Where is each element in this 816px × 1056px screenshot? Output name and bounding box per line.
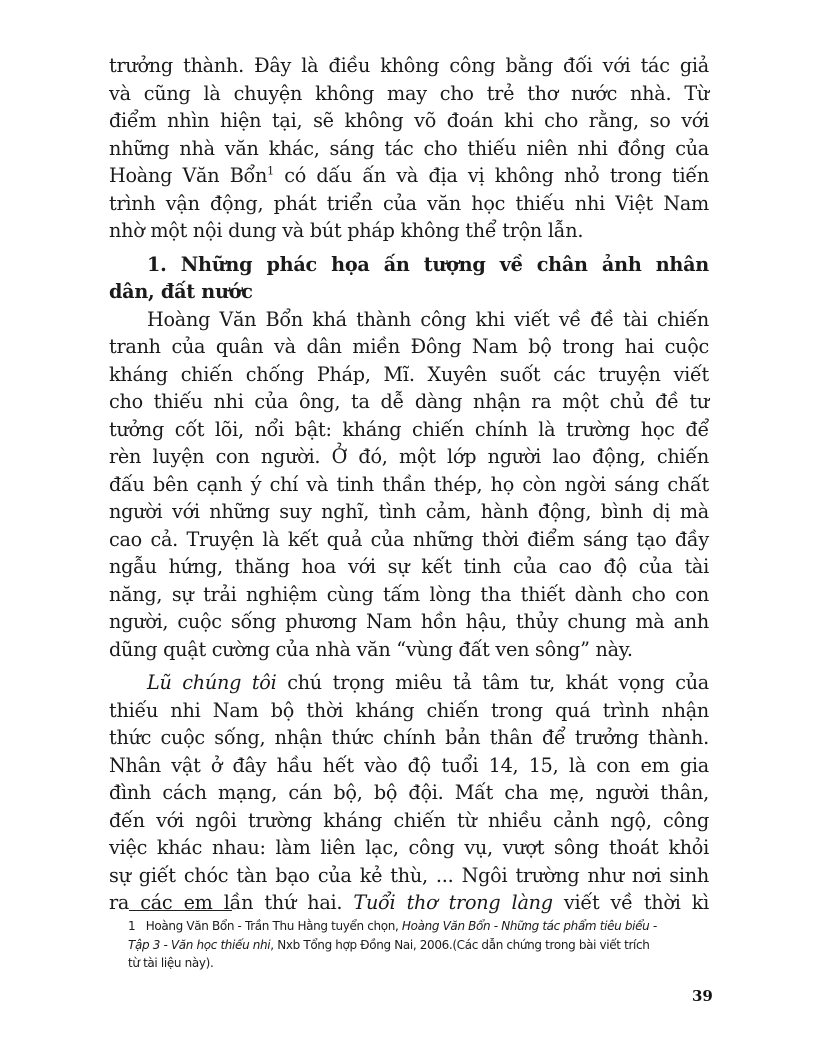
text-line: đến với ngôi trường kháng chiến từ nhiều… <box>109 807 709 835</box>
footnote-reference[interactable]: 1 <box>267 165 274 178</box>
text-fragment: viết về thời kì <box>553 891 709 914</box>
footnote-number: 1 <box>128 919 135 933</box>
text-line: trưởng thành. Đây là điều không công bằn… <box>109 52 709 80</box>
footnote-text: Hoàng Văn Bổn - Trần Thu Hằng tuyển chọn… <box>146 919 402 933</box>
text-line: ra các em lần thứ hai. Tuổi thơ trong là… <box>109 889 709 917</box>
footnote-text: , Nxb Tổng hợp Đồng Nai, 2006.(Các dẫn c… <box>270 938 649 952</box>
text-line: nhờ một nội dung và bút pháp không thể t… <box>109 217 709 245</box>
paragraph: Lũ chúng tôi chú trọng miêu tả tâm tư, k… <box>109 669 709 917</box>
text-line: việc khác nhau: làm liên lạc, công vụ, v… <box>109 834 709 862</box>
document-page: trưởng thành. Đây là điều không công bằn… <box>0 0 816 1056</box>
text-line: rèn luyện con người. Ở đó, một lớp người… <box>109 443 709 471</box>
footnote: 1 Hoàng Văn Bổn - Trần Thu Hằng tuyển ch… <box>128 917 710 973</box>
text-line: người, cuộc sống phương Nam hồn hậu, thủ… <box>109 608 709 636</box>
text-fragment: chú trọng miêu tả tâm tư, khát vọng của <box>277 671 710 694</box>
footnote-line: 1 Hoàng Văn Bổn - Trần Thu Hằng tuyển ch… <box>128 917 710 936</box>
text-line: đình cách mạng, cán bộ, bộ đội. Mất cha … <box>109 779 709 807</box>
text-line: điểm nhìn hiện tại, sẽ không võ đoán khi… <box>109 107 709 135</box>
text-line: Hoàng Văn Bổn khá thành công khi viết về… <box>109 306 709 334</box>
work-title: Lũ chúng tôi <box>147 671 277 694</box>
text-line: Lũ chúng tôi chú trọng miêu tả tâm tư, k… <box>109 669 709 697</box>
paragraph: Hoàng Văn Bổn khá thành công khi viết về… <box>109 306 709 664</box>
text-line: năng, sự trải nghiệm cùng tấm lòng tha t… <box>109 581 709 609</box>
page-number: 39 <box>692 987 713 1005</box>
section-heading: 1. Những phác họa ấn tượng về chân ảnh n… <box>109 251 709 306</box>
text-line: đấu bên cạnh ý chí và tinh thần thép, họ… <box>109 471 709 499</box>
body-text: trưởng thành. Đây là điều không công bằn… <box>109 52 709 917</box>
paragraph-continuation: trưởng thành. Đây là điều không công bằn… <box>109 52 709 245</box>
footnote-line: từ tài liệu này). <box>128 954 710 973</box>
text-line: ngẫu hứng, thăng hoa với sự kết tinh của… <box>109 553 709 581</box>
text-fragment: Hoàng Văn Bổn <box>109 164 267 187</box>
text-line: sự giết chóc tàn bạo của kẻ thù, ... Ngô… <box>109 862 709 890</box>
text-line: những nhà văn khác, sáng tác cho thiếu n… <box>109 135 709 163</box>
text-line: kháng chiến chống Pháp, Mĩ. Xuyên suốt c… <box>109 361 709 389</box>
footnote-title: Tập 3 - Văn học thiếu nhi <box>128 938 270 952</box>
text-line: tranh của quân và dân miền Đông Nam bộ t… <box>109 333 709 361</box>
text-line: Nhân vật ở đây hầu hết vào độ tuổi 14, 1… <box>109 752 709 780</box>
text-line: cho thiếu nhi của ông, ta dễ dàng nhận r… <box>109 388 709 416</box>
text-line: thức cuộc sống, nhận thức chính bản thân… <box>109 724 709 752</box>
heading-line: dân, đất nước <box>109 278 709 306</box>
text-fragment: có dấu ấn và địa vị không nhỏ trong tiến <box>274 164 709 187</box>
footnote-line: Tập 3 - Văn học thiếu nhi, Nxb Tổng hợp … <box>128 936 710 955</box>
text-line: cao cả. Truyện là kết quả của những thời… <box>109 526 709 554</box>
text-line: người với những suy nghĩ, tình cảm, hành… <box>109 498 709 526</box>
text-line: tưởng cốt lõi, nổi bật: kháng chiến chín… <box>109 416 709 444</box>
footnote-divider <box>129 910 232 911</box>
text-line: thiếu nhi Nam bộ thời kháng chiến trong … <box>109 697 709 725</box>
text-line: Hoàng Văn Bổn1 có dấu ấn và địa vị không… <box>109 162 709 190</box>
footnote-title: Hoàng Văn Bổn - Những tác phẩm tiêu biểu… <box>402 919 657 933</box>
heading-line: 1. Những phác họa ấn tượng về chân ảnh n… <box>109 251 709 279</box>
work-title: Tuổi thơ trong làng <box>353 891 552 914</box>
text-line: và cũng là chuyện không may cho trẻ thơ … <box>109 80 709 108</box>
text-line: dũng quật cường của nhà văn “vùng đất ve… <box>109 636 709 664</box>
text-line: trình vận động, phát triển của văn học t… <box>109 190 709 218</box>
